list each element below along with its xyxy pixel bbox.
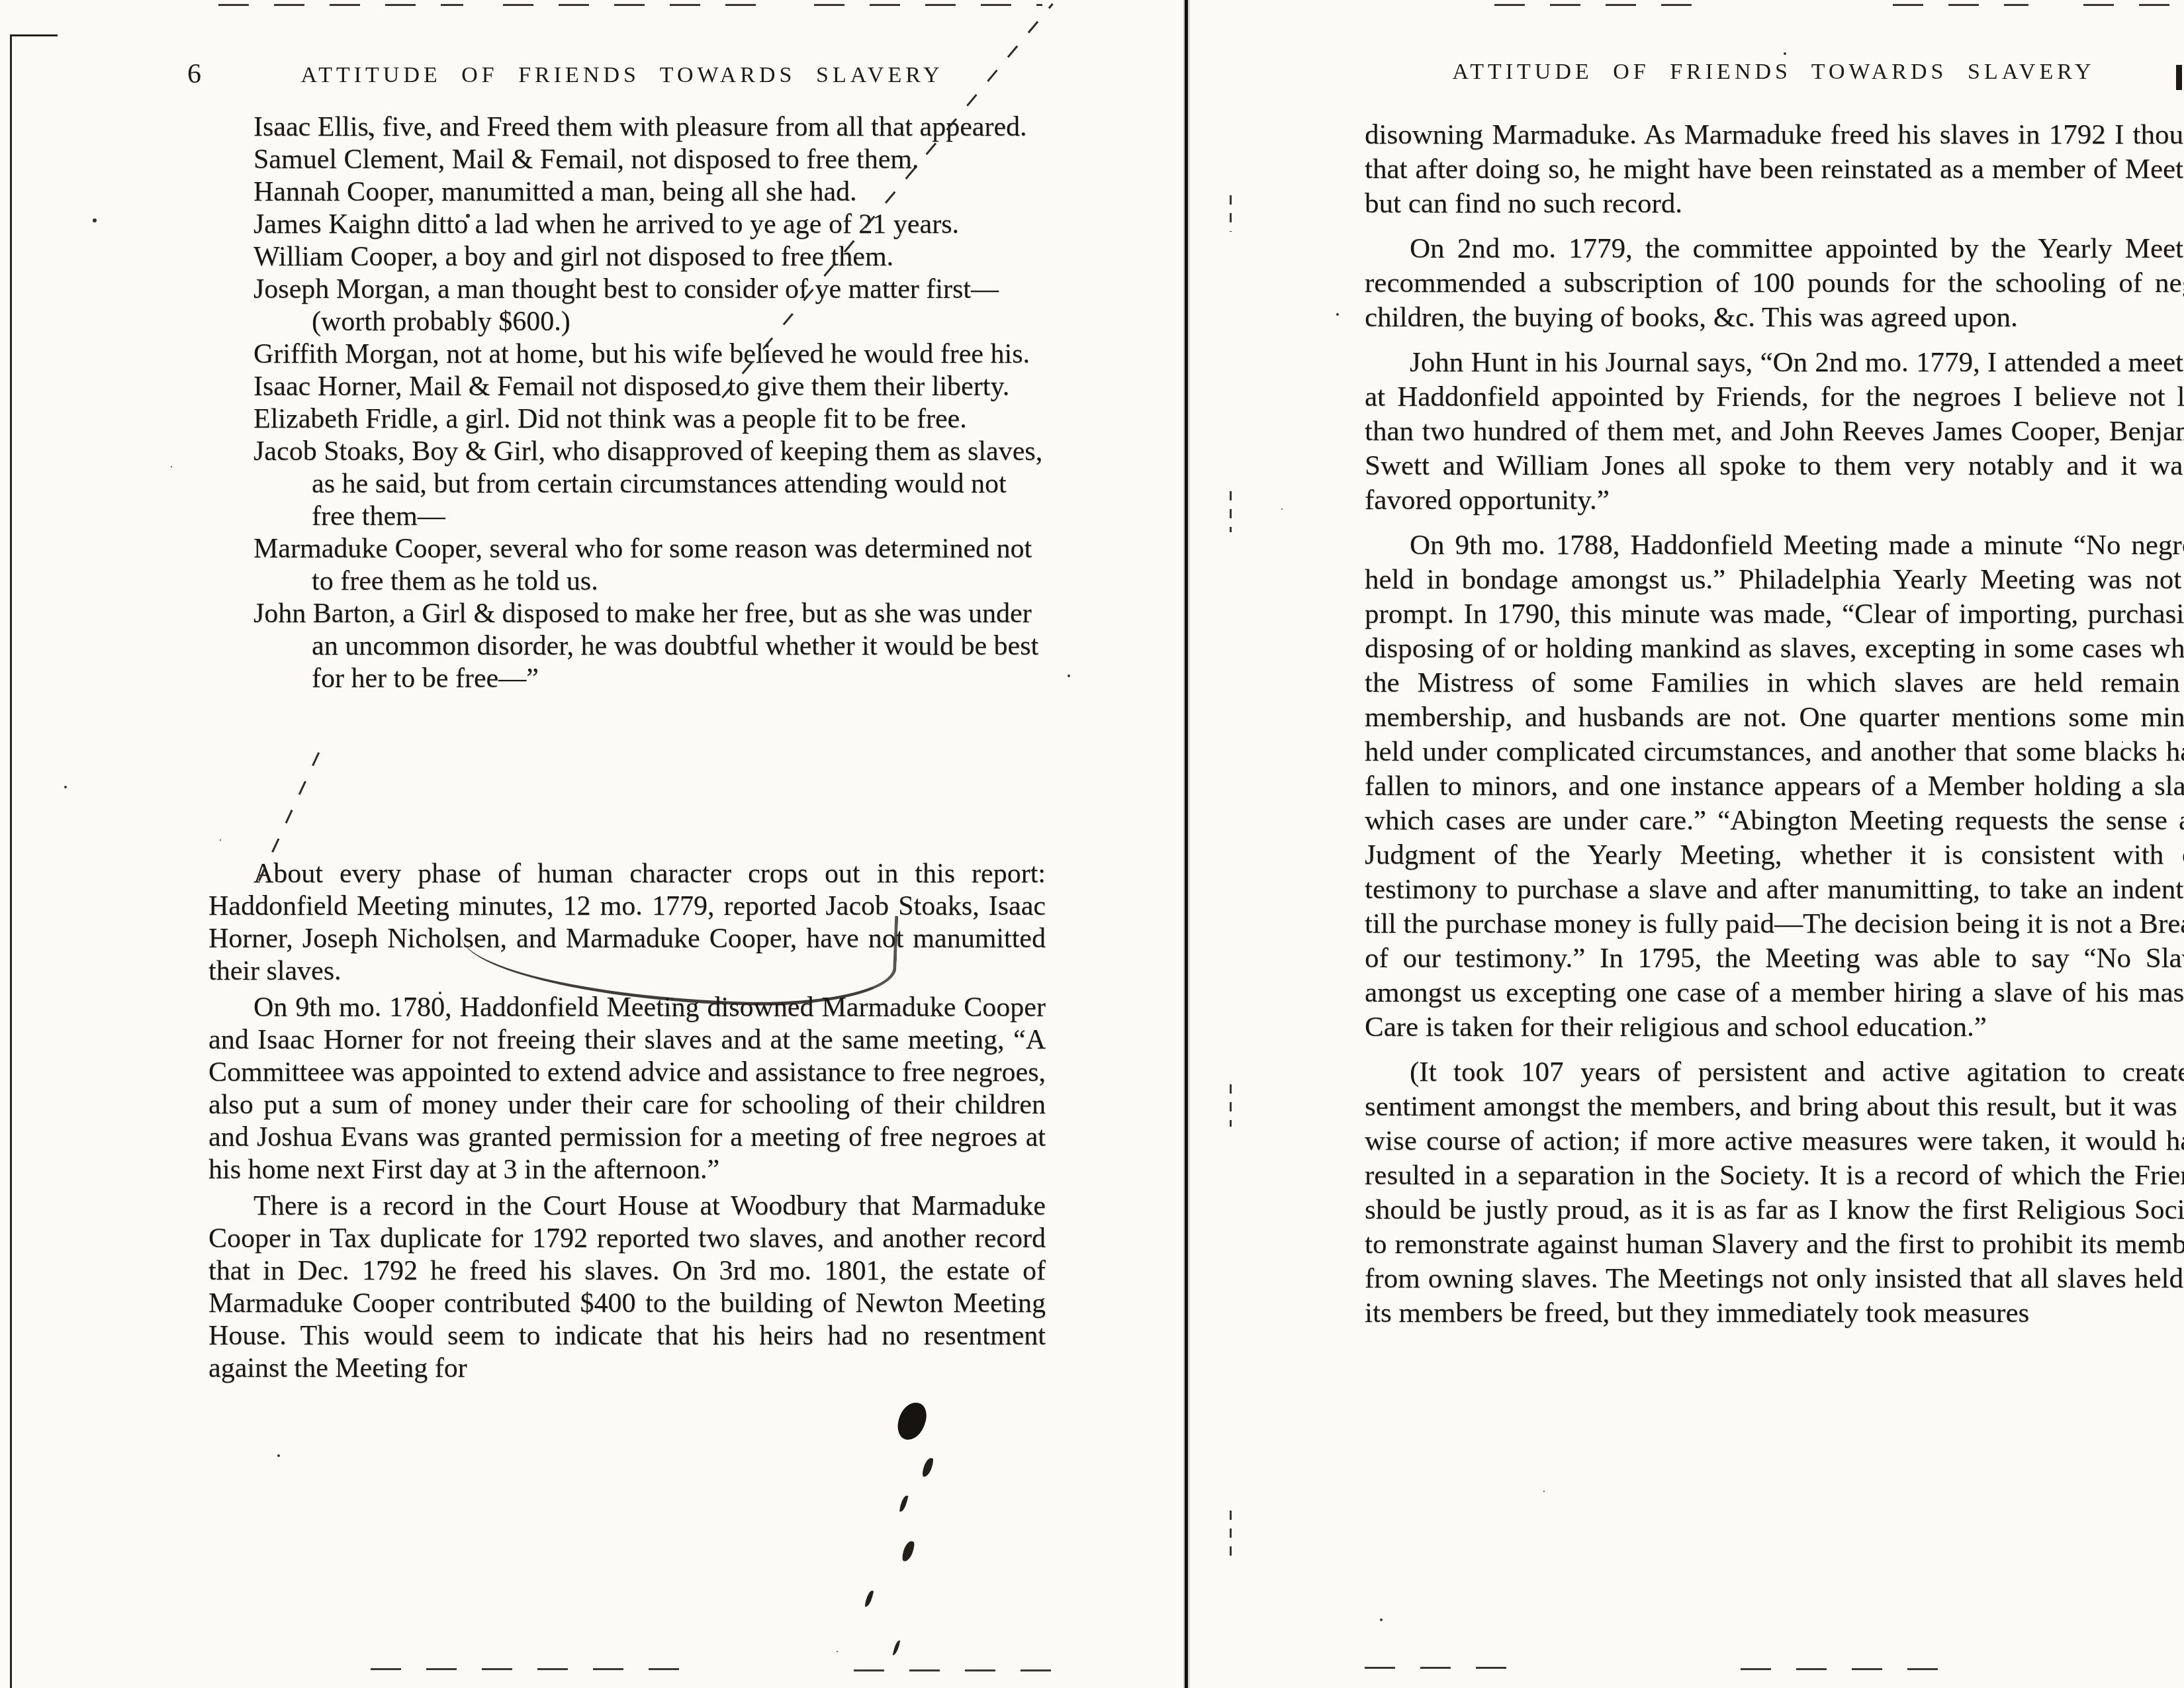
list-item: Hannah Cooper, manumitted a man, being a…	[253, 176, 1048, 209]
gutter-dash	[1230, 491, 1232, 532]
left-running-header: ATTITUDE OF FRIENDS TOWARDS SLAVERY	[291, 63, 953, 88]
right-page-number-fragment	[2176, 65, 2182, 90]
gutter-dash	[1230, 195, 1232, 232]
scan-bottom-dash	[1741, 1668, 1959, 1670]
paragraph: disowning Marmaduke. As Marmaduke freed …	[1365, 118, 2184, 221]
scan-bottom-dash	[1365, 1667, 1524, 1669]
scan-bottom-dash	[854, 1669, 1072, 1671]
right-page-paragraphs: disowning Marmaduke. As Marmaduke freed …	[1365, 118, 2184, 1341]
left-page-number: 6	[187, 58, 201, 90]
scan-bottom-dash	[371, 1668, 682, 1670]
scan-top-dash	[2083, 4, 2184, 6]
list-item: Samuel Clement, Mail & Femail, not dispo…	[253, 144, 1048, 176]
list-item: Isaac Ellis, five, and Freed them with p…	[253, 111, 1048, 144]
list-item: Jacob Stoaks, Boy & Girl, who disapprove…	[253, 436, 1048, 533]
dust-specks	[0, 0, 4, 4]
gutter-dash	[1230, 1511, 1232, 1564]
scan-top-dash	[218, 4, 463, 6]
scan-top-dash	[814, 4, 1042, 6]
list-item: Griffith Morgan, not at home, but his wi…	[253, 338, 1048, 371]
scan-top-dash	[1893, 4, 2028, 6]
ink-smudge	[895, 1399, 930, 1443]
list-item: Isaac Horner, Mail & Femail not disposed…	[253, 371, 1048, 403]
scan-edge-tick	[10, 34, 58, 36]
list-item: Elizabeth Fridle, a girl. Did not think …	[253, 403, 1048, 436]
manumission-report-list: Isaac Ellis, five, and Freed them with p…	[253, 111, 1048, 695]
paragraph: On 9th mo. 1788, Haddonfield Meeting mad…	[1365, 528, 2184, 1045]
list-item: John Barton, a Girl & disposed to make h…	[253, 598, 1048, 695]
paragraph: On 9th mo. 1780, Haddonfield Meeting dis…	[208, 992, 1046, 1186]
paragraph: On 2nd mo. 1779, the committee appointed…	[1365, 232, 2184, 335]
scan-top-dash	[503, 4, 781, 6]
scan-top-dash	[1494, 4, 1700, 6]
list-item: Joseph Morgan, a man thought best to con…	[253, 273, 1048, 338]
list-item: Marmaduke Cooper, several who for some r…	[253, 533, 1048, 598]
book-gutter-line	[1185, 0, 1188, 1688]
paragraph: (It took 107 years of persistent and act…	[1365, 1055, 2184, 1331]
right-running-header: ATTITUDE OF FRIENDS TOWARDS SLAVERY	[1403, 60, 2144, 85]
book-scan-spread: 6 ATTITUDE OF FRIENDS TOWARDS SLAVERY Is…	[0, 0, 2184, 1688]
paragraph: John Hunt in his Journal says, “On 2nd m…	[1365, 346, 2184, 518]
gutter-dash	[1230, 1084, 1232, 1127]
list-item: James Kaighn ditto a lad when he arrived…	[253, 209, 1048, 241]
list-item: William Cooper, a boy and girl not dispo…	[253, 241, 1048, 273]
paragraph: There is a record in the Court House at …	[208, 1190, 1046, 1385]
scan-edge-line	[10, 34, 12, 1688]
